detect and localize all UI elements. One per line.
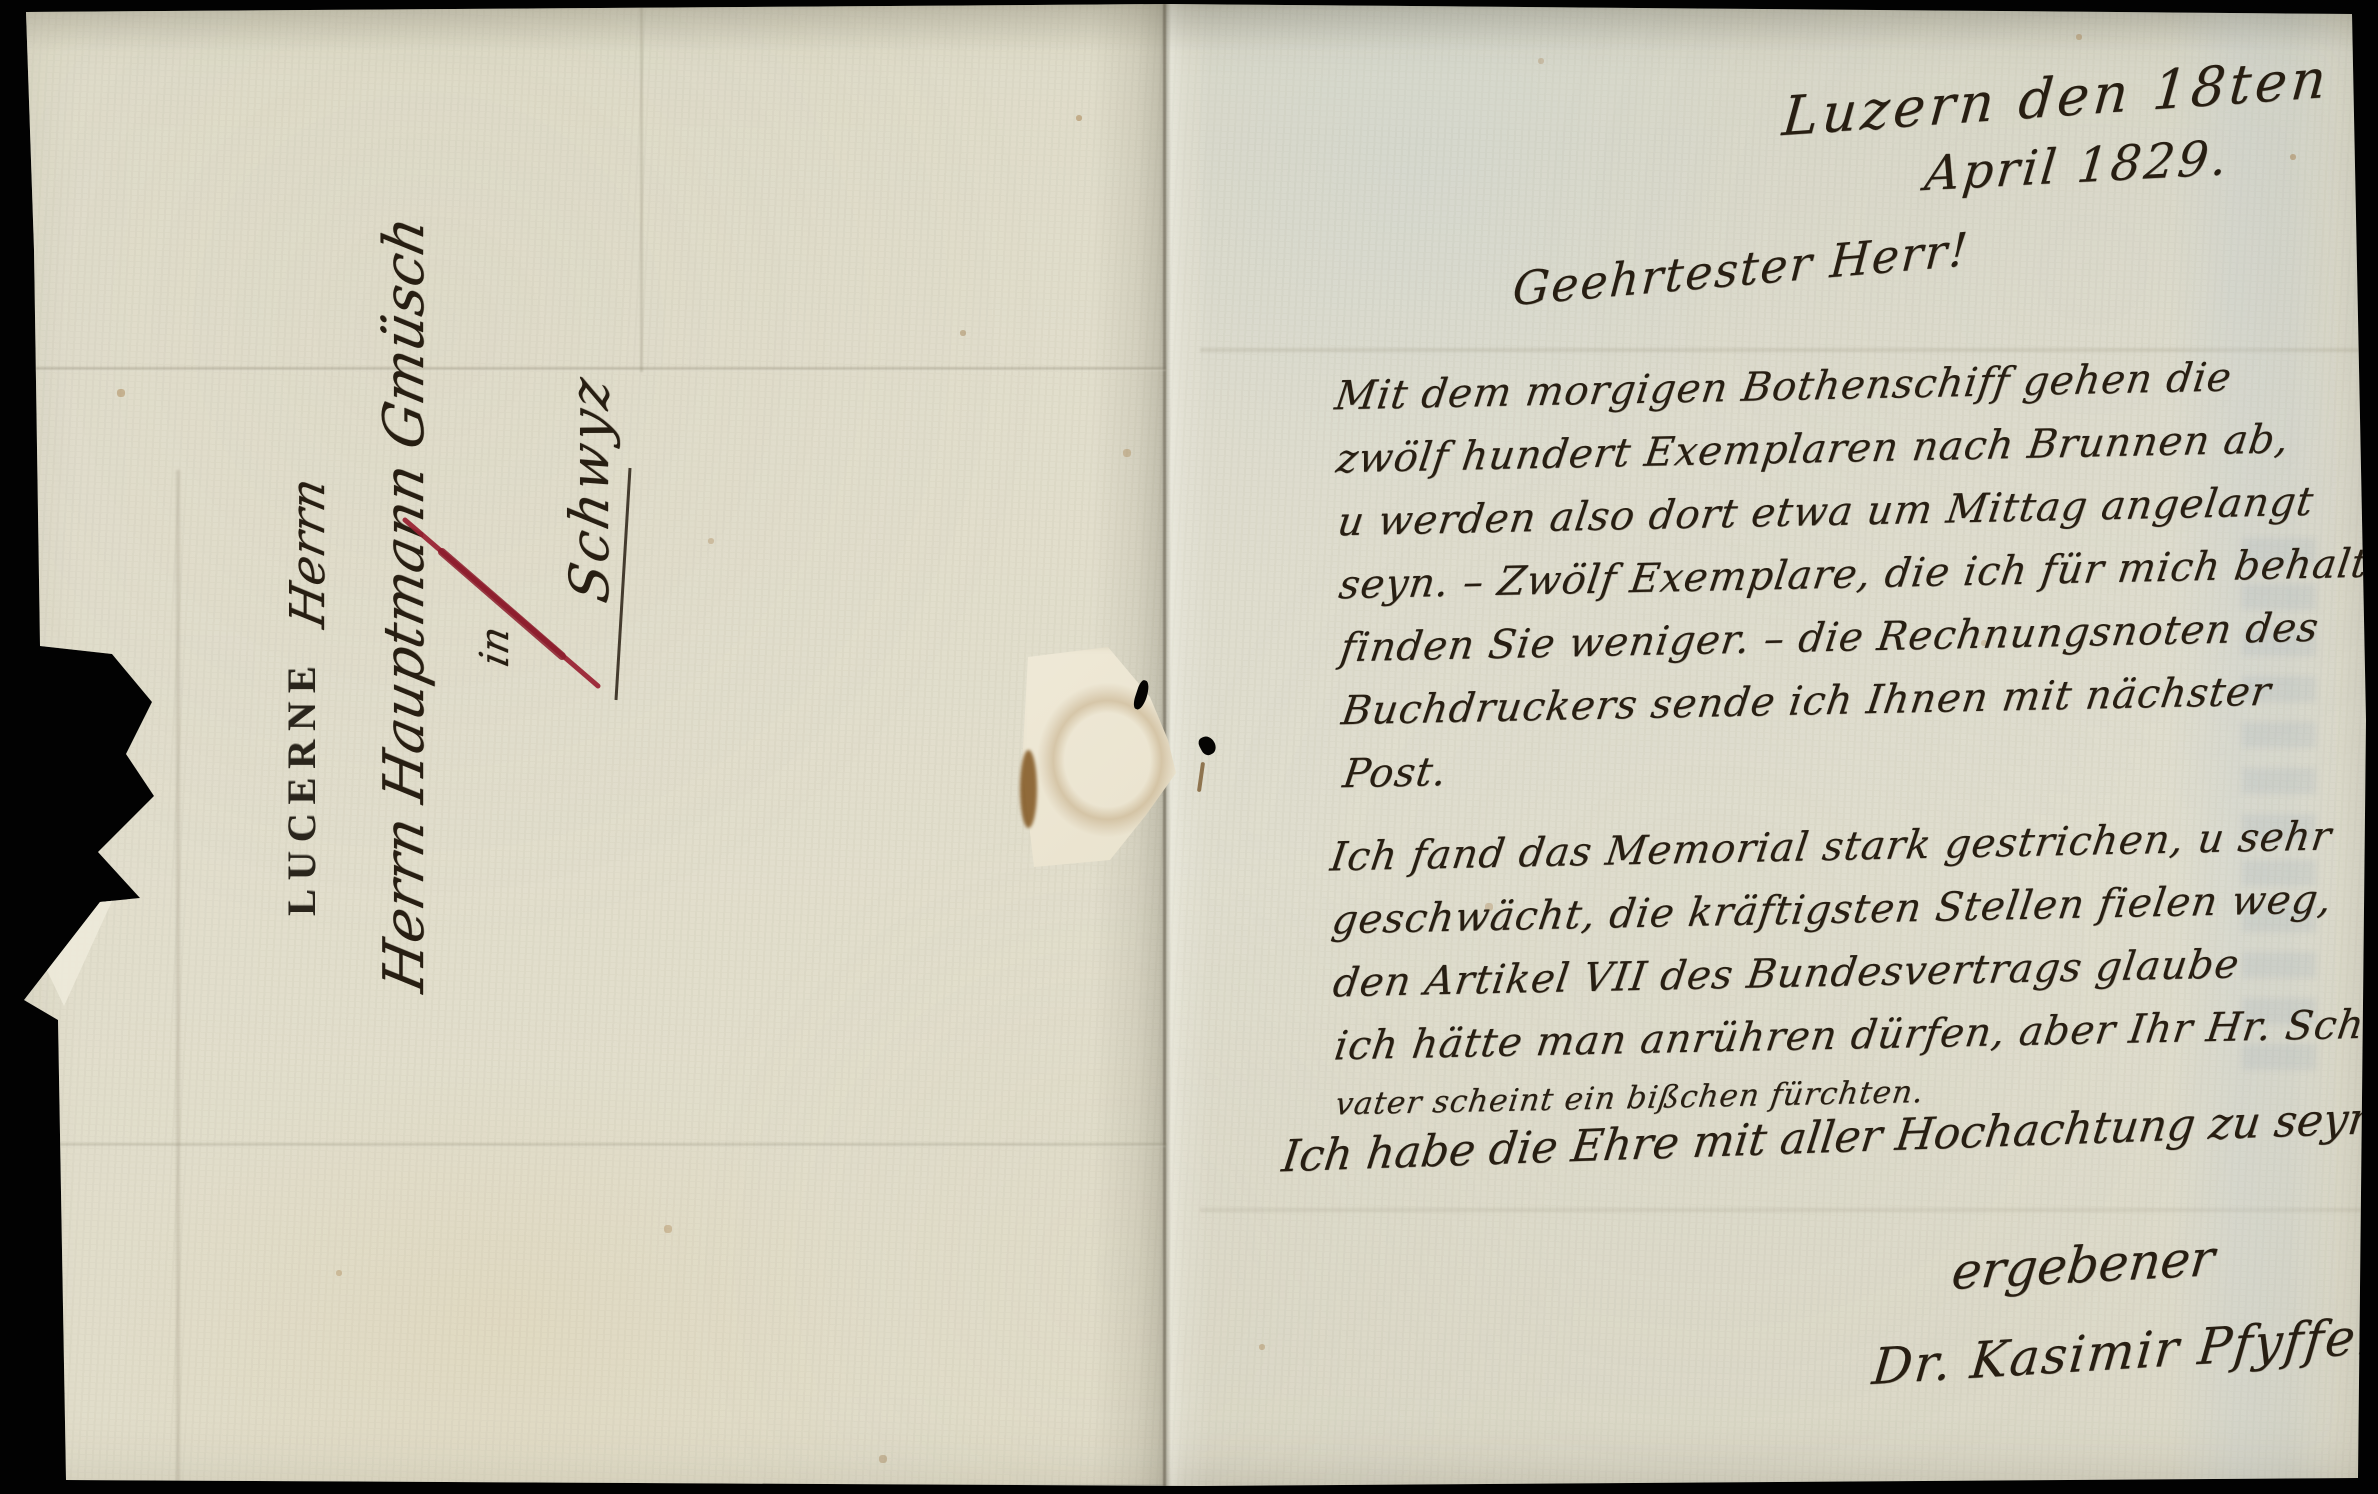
tear-hole [1132, 679, 1152, 711]
postmark-lucerne: LUCERNE [278, 676, 326, 916]
tear-hole [1196, 734, 1218, 758]
top-edge-shading [0, 0, 2378, 52]
date-line-1: Luzern den 18ten [1780, 47, 2331, 148]
fold-crease-right-top [1200, 348, 2366, 352]
signature: Dr. Kasimir Pfyffer. [1871, 1306, 2378, 1396]
fold-crease-center [1092, 0, 1210, 1494]
fold-crease-left-vertical [176, 470, 180, 1494]
fold-crease-left-vertical-top [640, 0, 643, 372]
seal-stain [1020, 750, 1037, 828]
tear-scratch [1197, 762, 1205, 792]
foxing-spots [0, 0, 2, 2]
valediction: ergebener [1951, 1229, 2216, 1301]
address-line-place: Schwyz [558, 369, 658, 1010]
seal-remnant [1018, 645, 1190, 875]
torn-paper-flap [20, 828, 160, 1018]
address-block: Herrn Herrn Hauptmann Gmüsch in Schwyz [280, 380, 670, 1000]
paper-warm-tint [120, 1080, 880, 1480]
letter-sheet: Herrn Herrn Hauptmann Gmüsch in Schwyz L… [0, 0, 2378, 1494]
address-line-recipient: Herrn Hauptmann Gmüsch [372, 369, 472, 1010]
date-line-2: April 1829. [1924, 130, 2231, 202]
fold-crease-left-bottom [26, 1142, 1166, 1147]
fold-crease-left-top [26, 366, 1166, 371]
fold-crease-right-bottom [1200, 1208, 2366, 1212]
salutation: Geehrtester Herr! [1511, 222, 1972, 316]
paragraph-1: Mit dem morgigen Bothenschiff gehen die … [1334, 351, 2378, 815]
paragraph-2: Ich fand das Memorial stark gestrichen, … [1329, 810, 2378, 1135]
address-line-in: in [472, 371, 558, 1009]
scan-background: Herrn Herrn Hauptmann Gmüsch in Schwyz L… [0, 0, 2378, 1494]
fold-crease-center-line [1163, 0, 1166, 1494]
